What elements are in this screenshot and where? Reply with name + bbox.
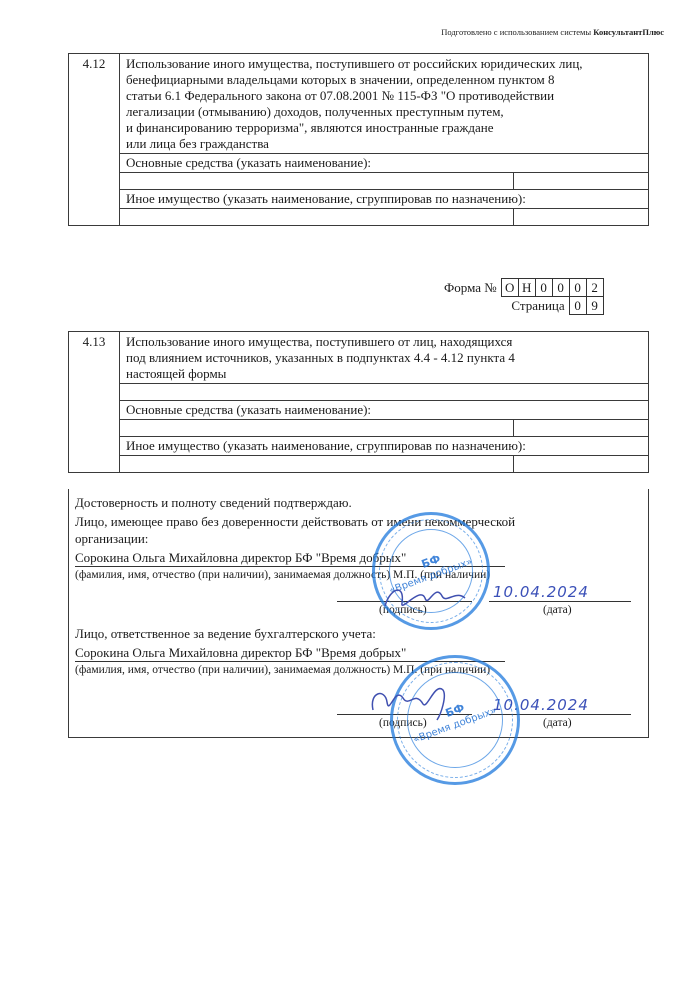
page-digit: 0 — [569, 297, 586, 315]
other-property-value-field[interactable] — [514, 456, 649, 473]
other-property-label: Иное имущество (указать наименование, сг… — [120, 437, 649, 456]
prepared-note-text: Подготовлено с использованием системы — [441, 27, 591, 37]
date-caption: (дата) — [543, 717, 572, 729]
section-number: 4.12 — [69, 54, 120, 226]
other-property-value-field[interactable] — [514, 209, 649, 226]
accountant-label: Лицо, ответственное за ведение бухгалтер… — [75, 626, 376, 642]
form-char: 0 — [535, 279, 552, 297]
fixed-assets-label: Основные средства (указать наименование)… — [120, 154, 649, 173]
prepared-with-note: Подготовлено с использованием системы Ко… — [441, 27, 664, 37]
handwritten-date-1: 10.04.2024 — [493, 583, 589, 601]
blank-row[interactable] — [120, 384, 649, 401]
page-digit: 9 — [586, 297, 603, 315]
authorized-person-label-cont: организации: — [75, 531, 148, 547]
form-char: О — [501, 279, 518, 297]
name-caption-text: (фамилия, имя, отчество (при наличии), з… — [75, 569, 390, 581]
title-line: легализации (отмыванию) доходов, получен… — [126, 104, 642, 120]
title-line: Использование иного имущества, поступивш… — [126, 334, 642, 350]
section-4-13-table: 4.13 Использование иного имущества, пост… — [68, 331, 649, 473]
form-char: 0 — [552, 279, 569, 297]
section-number: 4.13 — [69, 332, 120, 473]
confirm-text: Достоверность и полноту сведений подтвер… — [75, 495, 352, 511]
title-line: статьи 6.1 Федерального закона от 07.08.… — [126, 88, 642, 104]
date-caption: (дата) — [543, 604, 572, 616]
title-line: или лица без гражданства — [126, 136, 642, 152]
fixed-assets-name-field[interactable] — [120, 173, 514, 190]
fixed-assets-name-field[interactable] — [120, 420, 514, 437]
date-line-1[interactable] — [489, 601, 631, 602]
form-number-block: Форма № О Н 0 0 0 2 Страница 0 9 — [444, 278, 604, 315]
title-line: Использование иного имущества, поступивш… — [126, 56, 642, 72]
signature-scribble-icon — [365, 680, 465, 725]
section-title: Использование иного имущества, поступивш… — [120, 54, 649, 154]
fixed-assets-value-field[interactable] — [514, 173, 649, 190]
title-line: настоящей формы — [126, 366, 642, 382]
fixed-assets-value-field[interactable] — [514, 420, 649, 437]
signature-block: Достоверность и полноту сведений подтвер… — [68, 489, 649, 738]
form-char: Н — [518, 279, 535, 297]
title-line: и финансированию терроризма", являются и… — [126, 120, 642, 136]
section-4-12-table: 4.12 Использование иного имущества, пост… — [68, 53, 649, 226]
title-line: бенефициарными владельцами которых в зна… — [126, 72, 642, 88]
form-char: 0 — [569, 279, 586, 297]
other-property-name-field[interactable] — [120, 209, 514, 226]
section-title: Использование иного имущества, поступивш… — [120, 332, 649, 384]
fixed-assets-label: Основные средства (указать наименование)… — [120, 401, 649, 420]
system-name: КонсультантПлюс — [593, 27, 664, 37]
other-property-label: Иное имущество (указать наименование, сг… — [120, 190, 649, 209]
title-line: под влиянием источников, указанных в под… — [126, 350, 642, 366]
page-label: Страница — [444, 297, 569, 315]
name-caption-text: (фамилия, имя, отчество (при наличии), з… — [75, 664, 390, 676]
form-char: 2 — [586, 279, 603, 297]
signature-scribble-icon — [380, 578, 470, 618]
other-property-name-field[interactable] — [120, 456, 514, 473]
form-number-label: Форма № — [444, 279, 501, 297]
